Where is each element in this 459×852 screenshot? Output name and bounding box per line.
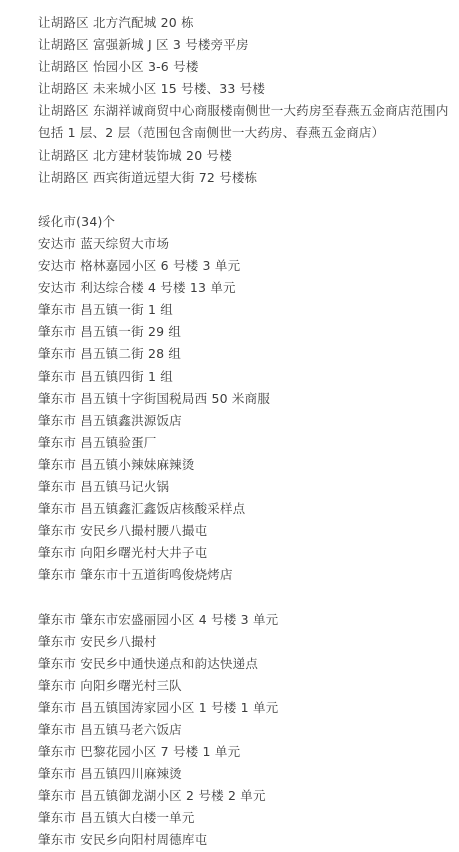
list-item-text: 让胡路区 东湖祥诚商贸中心商服楼南侧世一大药房至春燕五金商店范围内 xyxy=(38,103,449,118)
list-item-text: 让胡路区 富强新城 J 区 3 号楼旁平房 xyxy=(38,37,249,52)
list-item-text: 肇东市 昌五镇马老六饭店 xyxy=(38,722,182,737)
list-item: 肇东市 昌五镇四街 1 组 xyxy=(38,366,457,388)
list-item-text: 安达市 格林嘉园小区 6 号楼 3 单元 xyxy=(38,258,240,273)
list-item-text: 肇东市 昌五镇一街 29 组 xyxy=(38,324,181,339)
list-item-text: 肇东市 昌五镇四川麻辣烫 xyxy=(38,766,182,781)
list-item-text: 安达市 蓝天综贸大市场 xyxy=(38,236,169,251)
list-item: 肇东市 昌五镇一街 1 组 xyxy=(38,299,457,321)
list-item-text: 让胡路区 北方汽配城 20 栋 xyxy=(38,15,194,30)
list-item-text: 肇东市 昌五镇大白楼一单元 xyxy=(38,810,195,825)
list-item-text: 肇东市 昌五镇二街 28 组 xyxy=(38,346,181,361)
list-item-text: 包括 1 层、2 层（范围包含南侧世一大药房、春燕五金商店） xyxy=(38,125,384,140)
list-item: 肇东市 巴黎花园小区 7 号楼 1 单元 xyxy=(38,741,457,763)
list-item: 肇东市 昌五镇鑫汇鑫饭店核酸采样点 xyxy=(38,498,457,520)
list-item: 安达市 格林嘉园小区 6 号楼 3 单元 xyxy=(38,255,457,277)
list-item-text: 肇东市 昌五镇四街 1 组 xyxy=(38,369,173,384)
list-item: 肇东市 安民乡中通快递点和韵达快递点 xyxy=(38,653,457,675)
list-item: 肇东市 昌五镇四川麻辣烫 xyxy=(38,763,457,785)
list-item-text: 让胡路区 未来城小区 15 号楼、33 号楼 xyxy=(38,81,265,96)
list-item: 肇东市 昌五镇御龙湖小区 2 号楼 2 单元 xyxy=(38,785,457,807)
list-item-text: 肇东市 昌五镇验蛋厂 xyxy=(38,435,156,450)
list-item-text: 安达市 利达综合楼 4 号楼 13 单元 xyxy=(38,280,236,295)
list-item: 让胡路区 富强新城 J 区 3 号楼旁平房 xyxy=(38,34,457,56)
list-item-text: 肇东市 昌五镇鑫洪源饭店 xyxy=(38,413,182,428)
list-item-text: 肇东市 安民乡八撮村腰八撮屯 xyxy=(38,523,207,538)
list-item-text: 绥化市(34)个 xyxy=(38,214,115,229)
list-item-text: 肇东市 向阳乡曙光村大井子屯 xyxy=(38,545,207,560)
list-item-text: 肇东市 昌五镇小辣妹麻辣烫 xyxy=(38,457,195,472)
section-header: 绥化市(34)个 xyxy=(38,211,457,233)
list-item-text: 肇东市 昌五镇御龙湖小区 2 号楼 2 单元 xyxy=(38,788,266,803)
list-item-text: 肇东市 昌五镇十字街国税局西 50 米商服 xyxy=(38,391,270,406)
list-item-text: 肇东市 昌五镇马记火锅 xyxy=(38,479,169,494)
list-item: 让胡路区 北方建材装饰城 20 号楼 xyxy=(38,145,457,167)
list-item: 肇东市 向阳乡曙光村三队 xyxy=(38,675,457,697)
list-item-text: 肇东市 安民乡八撮村 xyxy=(38,634,156,649)
list-item-text: 肇东市 安民乡中通快递点和韵达快递点 xyxy=(38,656,258,671)
list-item: 肇东市 昌五镇验蛋厂 xyxy=(38,432,457,454)
list-item-text: 肇东市 向阳乡曙光村三队 xyxy=(38,678,182,693)
list-item: 肇东市 昌五镇鑫洪源饭店 xyxy=(38,410,457,432)
list-item-text: 让胡路区 怡园小区 3-6 号楼 xyxy=(38,59,199,74)
list-item: 安达市 蓝天综贸大市场 xyxy=(38,233,457,255)
list-item xyxy=(38,586,457,608)
list-item: 让胡路区 怡园小区 3-6 号楼 xyxy=(38,56,457,78)
list-item: 肇东市 昌五镇马老六饭店 xyxy=(38,719,457,741)
list-item: 肇东市 安民乡向阳村周德库屯 xyxy=(38,829,457,851)
document-scroll-area[interactable]: 让胡路区 北方汽配城 20 栋 让胡路区 富强新城 J 区 3 号楼旁平房 让胡… xyxy=(0,0,459,852)
list-item-text: 肇东市 肇东市宏盛丽园小区 4 号楼 3 单元 xyxy=(38,612,278,627)
list-item-text: 肇东市 巴黎花园小区 7 号楼 1 单元 xyxy=(38,744,240,759)
list-item: 肇东市 肇东市十五道街鸣俊烧烤店 xyxy=(38,564,457,586)
list-item-text: 肇东市 肇东市十五道街鸣俊烧烤店 xyxy=(38,567,233,582)
list-item: 包括 1 层、2 层（范围包含南侧世一大药房、春燕五金商店） xyxy=(38,122,457,144)
list-item: 让胡路区 未来城小区 15 号楼、33 号楼 xyxy=(38,78,457,100)
list-item: 肇东市 昌五镇小辣妹麻辣烫 xyxy=(38,454,457,476)
list-item: 肇东市 昌五镇一街 29 组 xyxy=(38,321,457,343)
list-item: 肇东市 昌五镇马记火锅 xyxy=(38,476,457,498)
list-item: 肇东市 肇东市宏盛丽园小区 4 号楼 3 单元 xyxy=(38,609,457,631)
list-item-text: 肇东市 安民乡向阳村周德库屯 xyxy=(38,832,207,847)
list-item: 肇东市 安民乡八撮村 xyxy=(38,631,457,653)
list-item: 肇东市 昌五镇二街 28 组 xyxy=(38,343,457,365)
list-item-text: 让胡路区 西宾街道远望大街 72 号楼栋 xyxy=(38,170,257,185)
list-item: 肇东市 昌五镇十字街国税局西 50 米商服 xyxy=(38,388,457,410)
list-item-text: 肇东市 昌五镇一街 1 组 xyxy=(38,302,173,317)
list-item-text: 让胡路区 北方建材装饰城 20 号楼 xyxy=(38,148,232,163)
list-item: 让胡路区 东湖祥诚商贸中心商服楼南侧世一大药房至春燕五金商店范围内 xyxy=(38,100,457,122)
list-item: 让胡路区 西宾街道远望大街 72 号楼栋 xyxy=(38,167,457,189)
list-item-text: 肇东市 昌五镇鑫汇鑫饭店核酸采样点 xyxy=(38,501,245,516)
list-item xyxy=(38,189,457,211)
list-item-text: 肇东市 昌五镇国涛家园小区 1 号楼 1 单元 xyxy=(38,700,278,715)
list-item: 安达市 利达综合楼 4 号楼 13 单元 xyxy=(38,277,457,299)
list-item: 肇东市 安民乡八撮村腰八撮屯 xyxy=(38,520,457,542)
list-item: 肇东市 昌五镇国涛家园小区 1 号楼 1 单元 xyxy=(38,697,457,719)
list-item: 肇东市 昌五镇大白楼一单元 xyxy=(38,807,457,829)
list-item: 让胡路区 北方汽配城 20 栋 xyxy=(38,12,457,34)
list-item: 肇东市 向阳乡曙光村大井子屯 xyxy=(38,542,457,564)
